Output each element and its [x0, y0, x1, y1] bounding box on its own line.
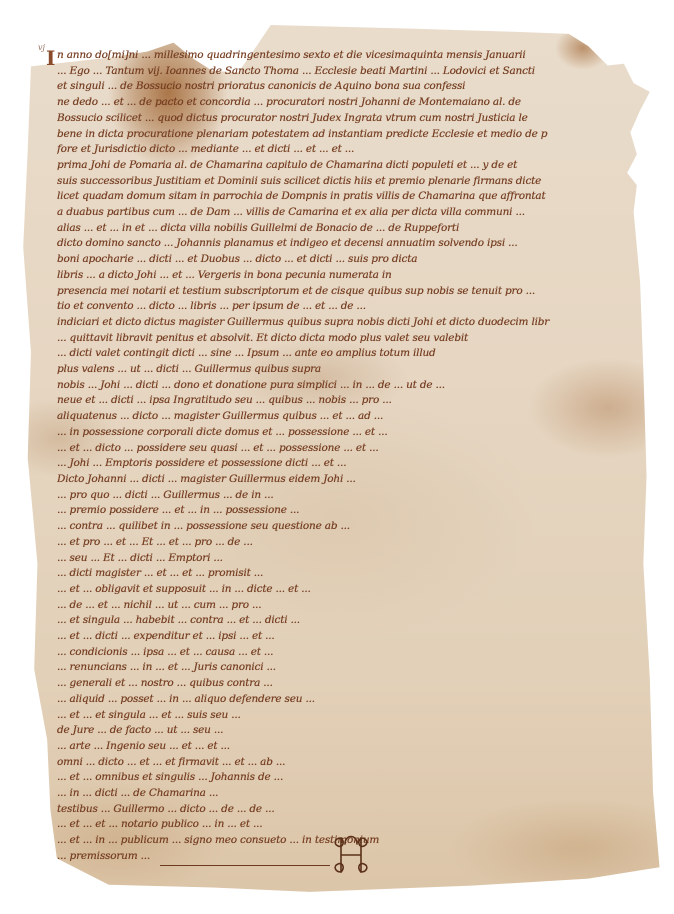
manuscript-line: n anno do[mi]ni ... millesimo quadringen…	[57, 48, 637, 64]
manuscript-line: ... et singula ... habebit ... contra ..…	[57, 613, 637, 629]
manuscript-line: ... pro quo ... dicti ... Guillermus ...…	[57, 488, 637, 504]
manuscript-line: ... contra ... quilibet in ... possessio…	[57, 519, 637, 535]
manuscript-line: ... condicionis ... ipsa ... et ... caus…	[57, 645, 637, 661]
manuscript-line: aliquatenus ... dicto ... magister Guill…	[57, 409, 637, 425]
manuscript-line: presencia mei notarii et testium subscri…	[57, 284, 637, 300]
manuscript-line: boni apocharie ... dicti ... et Duobus .…	[57, 252, 637, 268]
manuscript-line: ... aliquid ... posset ... in ... aliquo…	[57, 692, 637, 708]
manuscript-line: licet quadam domum sitam in parrochia de…	[57, 189, 637, 205]
manuscript-line: ... Johi ... Emptoris possidere et posse…	[57, 456, 637, 472]
manuscript-line: testibus ... Guillermo ... dicto ... de …	[57, 802, 637, 818]
manuscript-line: dicto domino sancto ... Johannis planamu…	[57, 236, 637, 252]
manuscript-line: ... et ... et ... notario publico ... in…	[57, 817, 637, 833]
manuscript-line: ... et pro ... et ... Et ... et ... pro …	[57, 535, 637, 551]
manuscript-line: ... arte ... Ingenio seu ... et ... et .…	[57, 739, 637, 755]
manuscript-line: ... de ... et ... nichil ... ut ... cum …	[57, 598, 637, 614]
manuscript-line: neue et ... dicti ... ipsa Ingratitudo s…	[57, 393, 637, 409]
manuscript-line: ... generali et ... nostro ... quibus co…	[57, 676, 637, 692]
manuscript-line: ... et ... dicto ... possidere seu quasi…	[57, 441, 637, 457]
manuscript-line: ... et ... et singula ... et ... suis se…	[57, 708, 637, 724]
manuscript-text: n anno do[mi]ni ... millesimo quadringen…	[57, 48, 637, 865]
signature-rule	[160, 865, 330, 866]
manuscript-line: de Jure ... de facto ... ut ... seu ...	[57, 723, 637, 739]
manuscript-line: ... Ego ... Tantum vij. Ioannes de Sanct…	[57, 64, 637, 80]
manuscript-line: libris ... a dicto Johi ... et ... Verge…	[57, 268, 637, 284]
manuscript-line: tio et convento ... dicto ... libris ...…	[57, 299, 637, 315]
manuscript-line: ... renuncians ... in ... et ... Juris c…	[57, 660, 637, 676]
manuscript-line: a duabus partibus cum ... de Dam ... vil…	[57, 205, 637, 221]
manuscript-line: ... in ... dicti ... de Chamarina ...	[57, 786, 637, 802]
manuscript-line: ... quittavit libravit penitus et absolv…	[57, 331, 637, 347]
manuscript-line: indiciari et dicto dictus magister Guill…	[57, 315, 637, 331]
manuscript-line: ... et ... obligavit et supposuit ... in…	[57, 582, 637, 598]
manuscript-line: Bossucio scilicet ... quod dictus procur…	[57, 111, 637, 127]
manuscript-line: bene in dicta procuratione plenariam pot…	[57, 127, 637, 143]
manuscript-line: ... dicti magister ... et ... et ... pro…	[57, 566, 637, 582]
manuscript-line: et singuli ... de Bossucio nostri priora…	[57, 79, 637, 95]
manuscript-line: ... premio possidere ... et ... in ... p…	[57, 503, 637, 519]
manuscript-line: ... in possessione corporali dicte domus…	[57, 425, 637, 441]
manuscript-line: ... dicti valet contingit dicti ... sine…	[57, 346, 637, 362]
manuscript-line: fore et Jurisdictio dicto ... mediante .…	[57, 142, 637, 158]
manuscript-line: alias ... et ... in et ... dicta villa n…	[57, 221, 637, 237]
manuscript-line: nobis ... Johi ... dicti ... dono et don…	[57, 378, 637, 394]
manuscript-line: ... et ... omnibus et singulis ... Johan…	[57, 770, 637, 786]
manuscript-line: plus valens ... ut ... dicti ... Guiller…	[57, 362, 637, 378]
manuscript-line: Dicto Johanni ... dicti ... magister Gui…	[57, 472, 637, 488]
notarial-sign-icon	[329, 832, 373, 878]
manuscript-line: omni ... dicto ... et ... et firmavit ..…	[57, 755, 637, 771]
manuscript-line: ne dedo ... et ... de pacto et concordia…	[57, 95, 637, 111]
manuscript-line: suis successoribus Justitiam et Dominii …	[57, 174, 637, 190]
margin-note: vj	[38, 43, 45, 52]
manuscript-line: prima Johi de Pomaria al. de Chamarina c…	[57, 158, 637, 174]
manuscript-line: ... seu ... Et ... dicti ... Emptori ...	[57, 551, 637, 567]
manuscript-line: ... et ... dicti ... expenditur et ... i…	[57, 629, 637, 645]
decorated-initial: I	[46, 46, 55, 70]
